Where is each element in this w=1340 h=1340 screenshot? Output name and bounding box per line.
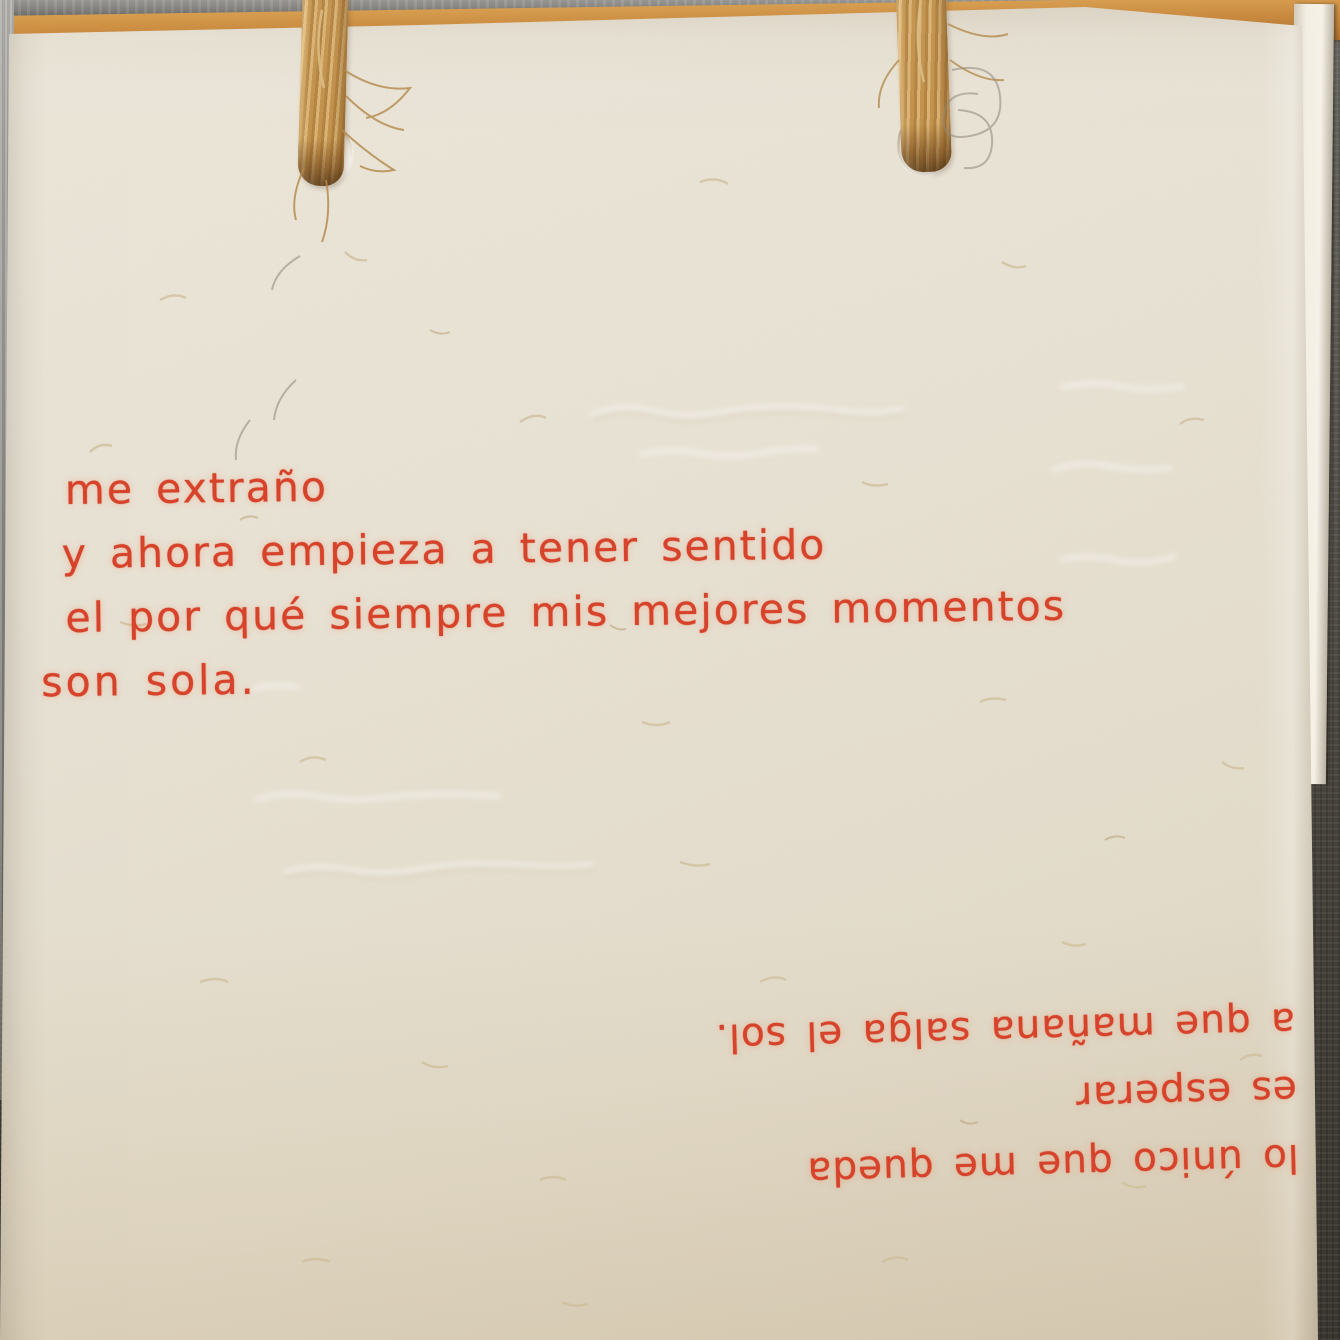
handwritten-line-3: el por qué siempre mis mejores momentos bbox=[65, 574, 1066, 650]
handwritten-line-1: me extraño bbox=[64, 446, 1064, 522]
photo-frame: me extraño y ahora empieza a tener senti… bbox=[0, 0, 1340, 1340]
handwritten-line-2: y ahora empieza a tener sentido bbox=[61, 510, 1065, 586]
notepad-page: me extraño y ahora empieza a tener senti… bbox=[0, 0, 1340, 1340]
handwritten-text-flipped: lo único que me queda es esperar a que m… bbox=[572, 987, 1299, 1211]
handwritten-text-front: me extraño y ahora empieza a tener senti… bbox=[38, 446, 1067, 715]
twine-strand-right bbox=[896, 0, 952, 173]
handwritten-line-4: son sola. bbox=[41, 638, 1067, 715]
twine-strand-left bbox=[297, 0, 348, 187]
